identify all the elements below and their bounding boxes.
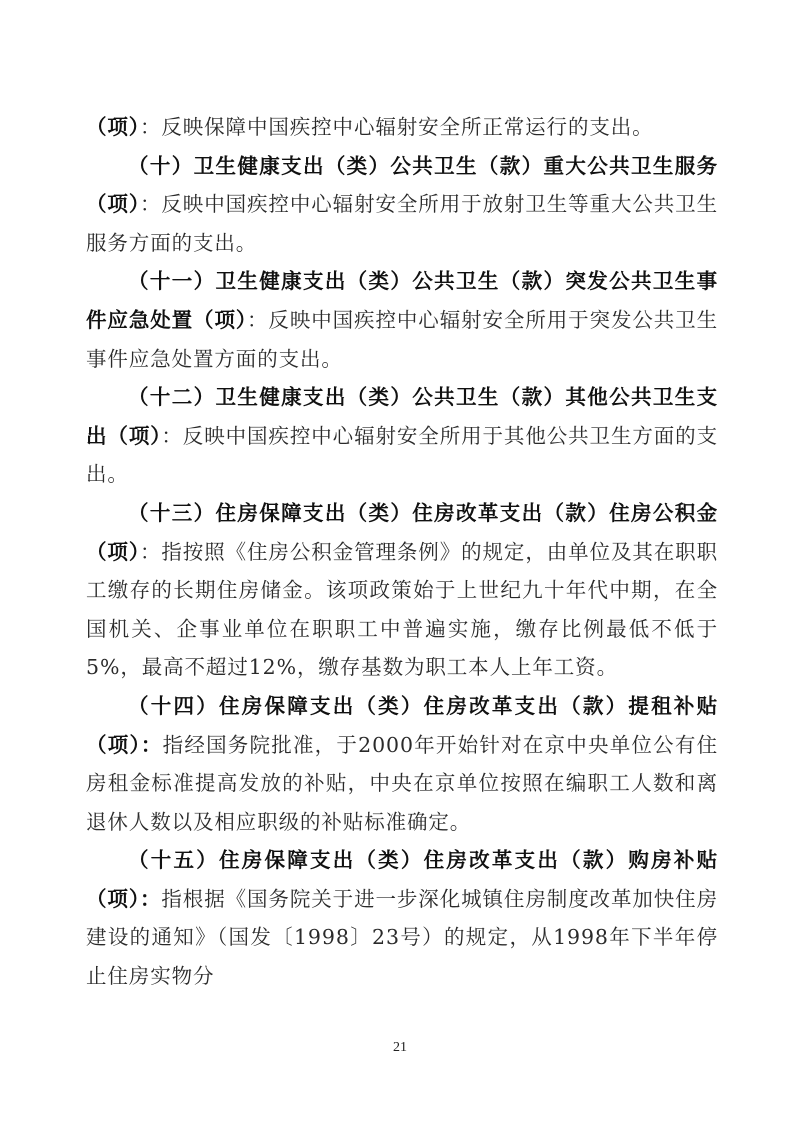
paragraph-item-15: （十五）住房保障支出（类）住房改革支出（款）购房补贴（项）：指根据《国务院关于进… bbox=[86, 841, 718, 995]
paragraph-item-9-continuation: （项）：反映保障中国疾控中心辐射安全所正常运行的支出。 bbox=[86, 108, 718, 147]
paragraph-text: ：反映中国疾控中心辐射安全所用于其他公共卫生方面的支出。 bbox=[86, 424, 718, 487]
document-body: （项）：反映保障中国疾控中心辐射安全所正常运行的支出。 （十）卫生健康支出（类）… bbox=[86, 108, 718, 996]
page-number: 21 bbox=[0, 1040, 800, 1056]
document-page: （项）：反映保障中国疾控中心辐射安全所正常运行的支出。 （十）卫生健康支出（类）… bbox=[0, 0, 800, 1131]
paragraph-item-14: （十四）住房保障支出（类）住房改革支出（款）提租补贴（项）：指经国务院批准，于2… bbox=[86, 687, 718, 841]
paragraph-text: 指根据《国务院关于进一步深化城镇住房制度改革加快住房建设的通知》（国发〔1998… bbox=[86, 887, 718, 988]
paragraph-item-12: （十二）卫生健康支出（类）公共卫生（款）其他公共卫生支出（项）：反映中国疾控中心… bbox=[86, 378, 718, 494]
paragraph-item-10: （十）卫生健康支出（类）公共卫生（款）重大公共卫生服务（项）：反映中国疾控中心辐… bbox=[86, 147, 718, 263]
paragraph-item-11: （十一）卫生健康支出（类）公共卫生（款）突发公共卫生事件应急处置（项）：反映中国… bbox=[86, 262, 718, 378]
paragraph-text: 指经国务院批准，于2000年开始针对在京中央单位公有住房租金标准提高发放的补贴，… bbox=[86, 733, 718, 834]
paragraph-text: ：反映保障中国疾控中心辐射安全所正常运行的支出。 bbox=[140, 115, 654, 139]
paragraph-text: ：指按照《住房公积金管理条例》的规定，由单位及其在职职工缴存的长期住房储金。该项… bbox=[86, 540, 718, 680]
paragraph-text: ：反映中国疾控中心辐射安全所用于放射卫生等重大公共卫生服务方面的支出。 bbox=[86, 192, 718, 255]
paragraph-item-13: （十三）住房保障支出（类）住房改革支出（款）住房公积金（项）：指按照《住房公积金… bbox=[86, 494, 718, 687]
paragraph-heading: （项） bbox=[86, 115, 140, 139]
